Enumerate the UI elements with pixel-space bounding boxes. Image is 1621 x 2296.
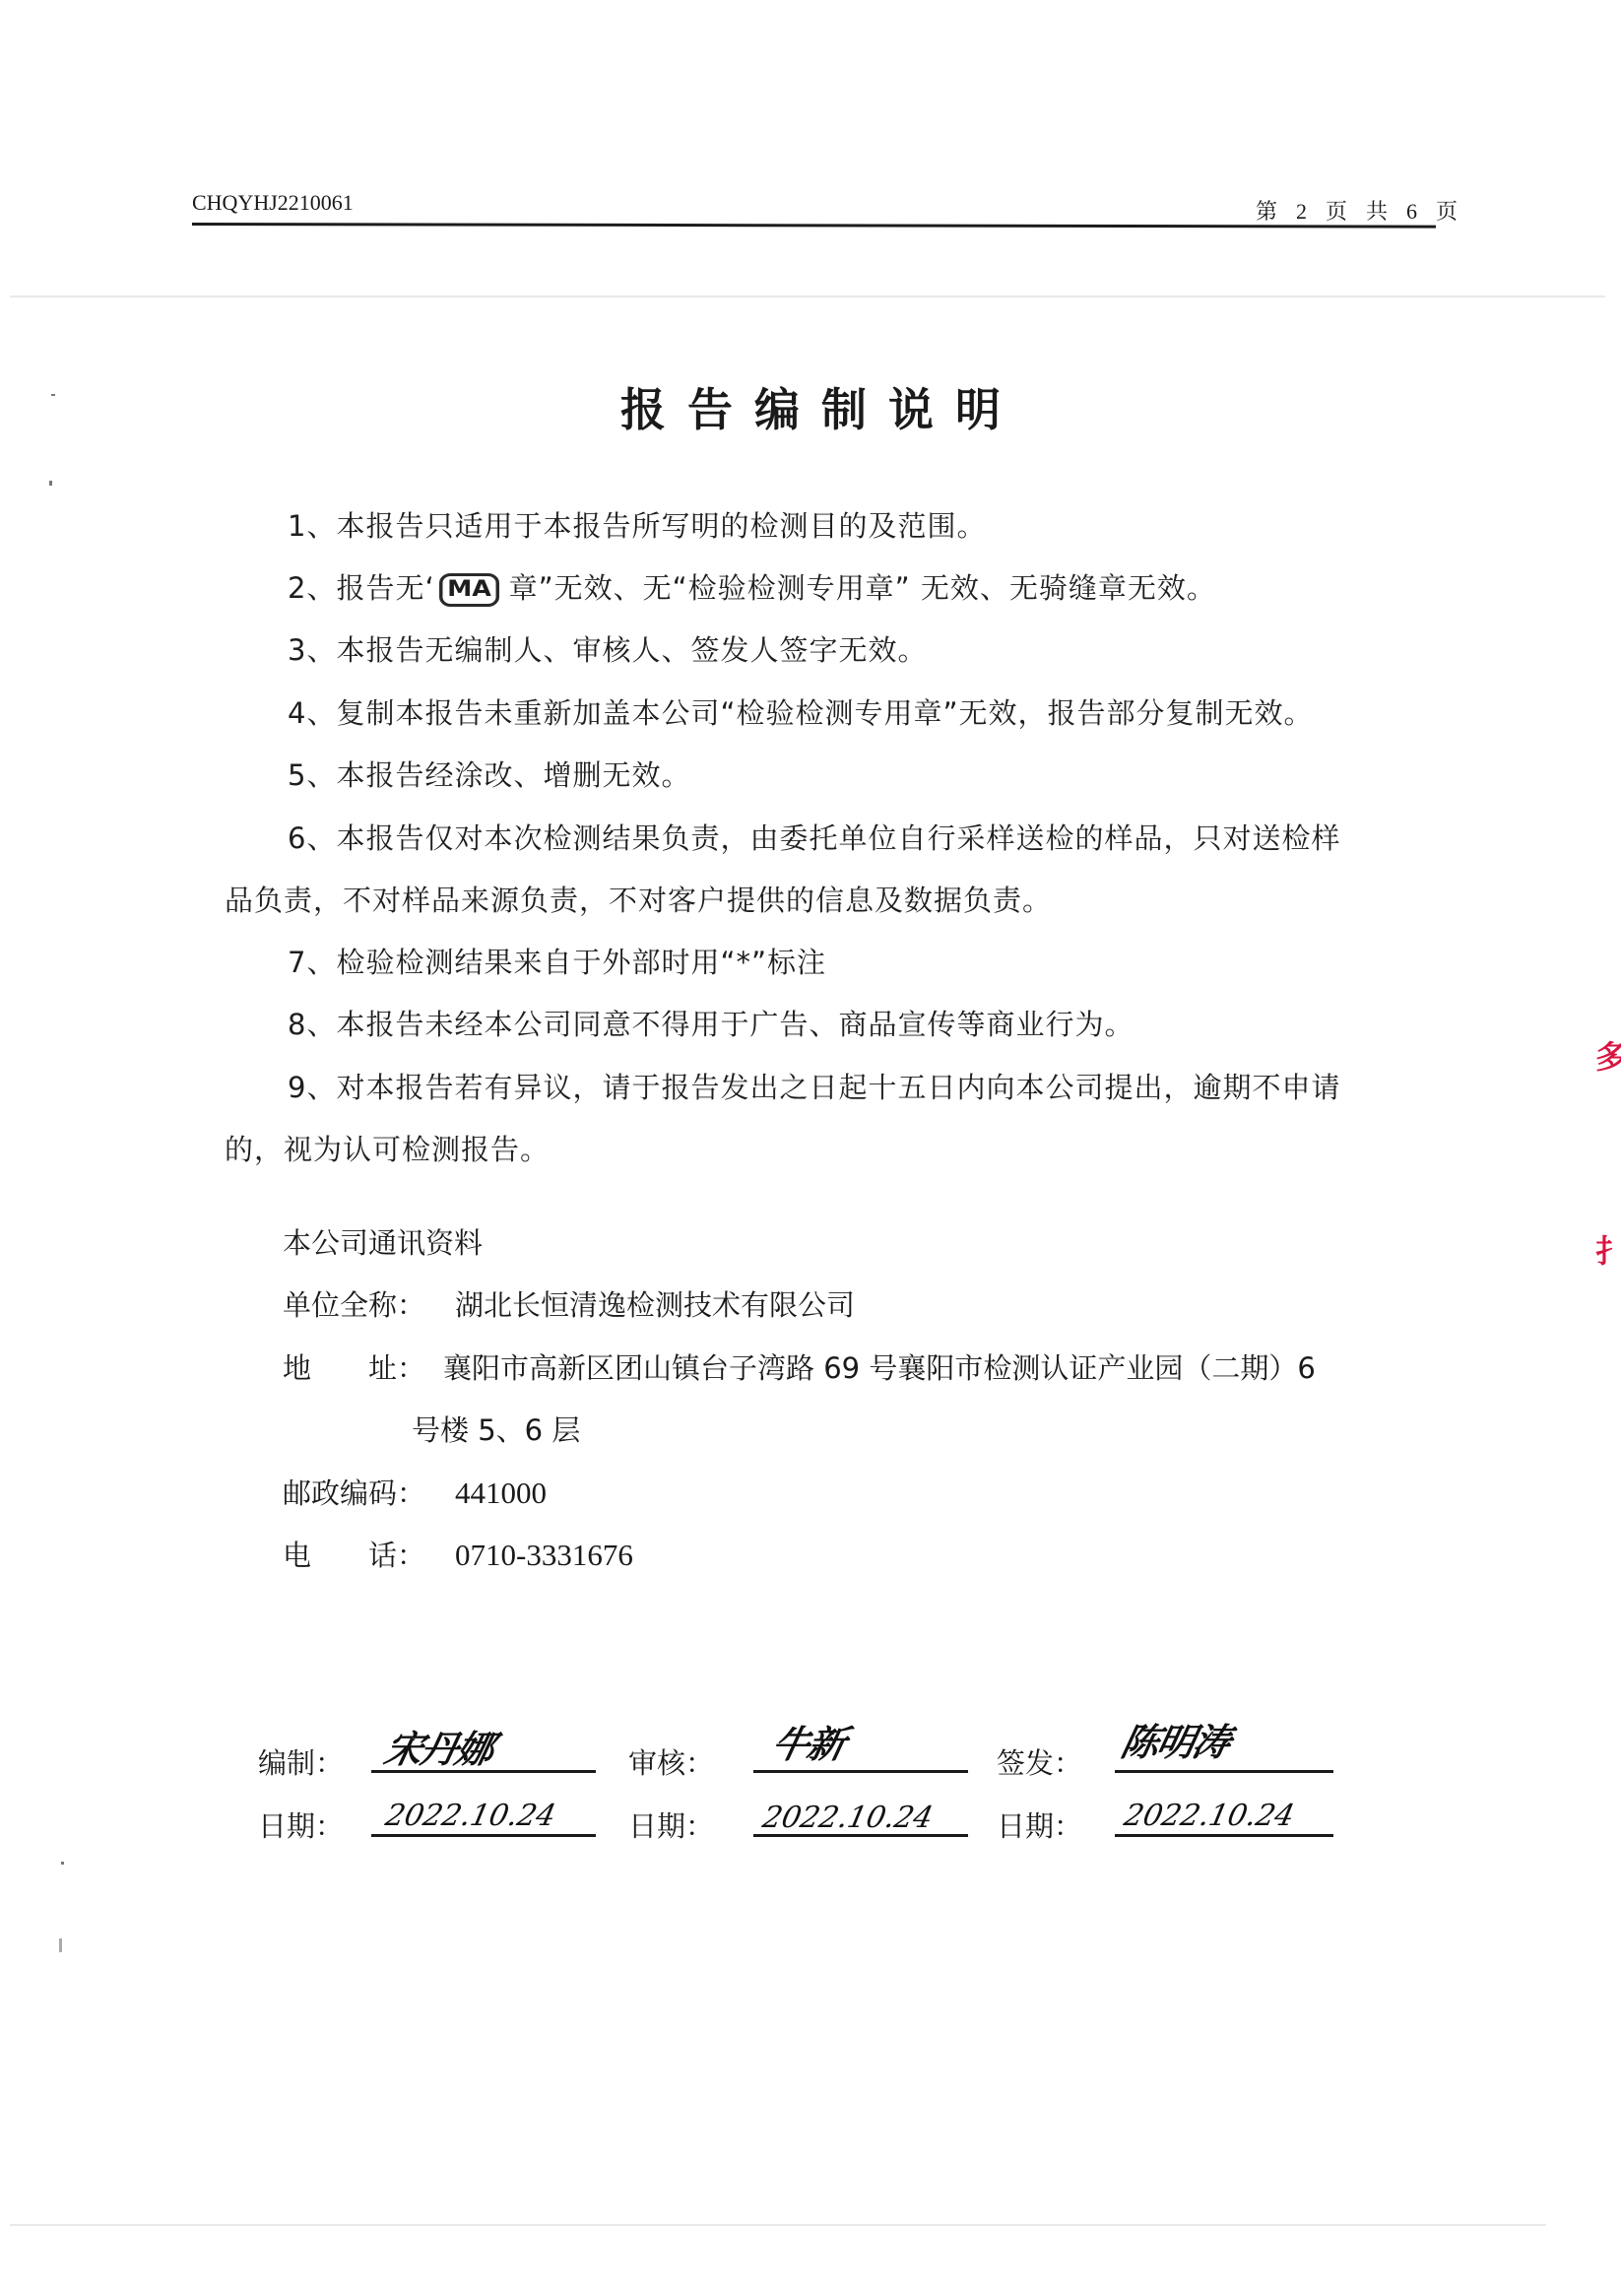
margin-mark: [49, 481, 52, 486]
notice-item-1: 1、本报告只适用于本报告所写明的检测目的及范围。: [288, 504, 986, 545]
phone-label: 电 话：: [283, 1534, 425, 1574]
paging-seal-fragment-lower: 扌: [1595, 1226, 1621, 1272]
compiler-date-label: 日期：: [258, 1804, 344, 1845]
compiler-date-line: [371, 1834, 596, 1837]
notice-item-5: 5、本报告经涂改、增删无效。: [288, 754, 690, 794]
issuer-label: 签发：: [997, 1741, 1082, 1782]
reviewer-label: 审核：: [628, 1741, 714, 1782]
address-label: 地 址：: [283, 1346, 425, 1387]
company-value: 湖北长恒清逸检测技术有限公司: [455, 1288, 855, 1322]
notice-item-2-suffix: 章”无效、无“检验检测专用章” 无效、无骑缝章无效。: [509, 571, 1216, 605]
notice-item-2: 2、报告无‘MA章”无效、无“检验检测专用章” 无效、无骑缝章无效。: [288, 566, 1216, 607]
notice-item-6-line1: 6、本报告仅对本次检测结果负责，由委托单位自行采样送检的样品，只对送检样: [288, 817, 1340, 857]
page-title: 报告编制说明: [0, 374, 1621, 439]
page-mid: 页 共: [1326, 200, 1394, 225]
reviewer-date: 2022.10.24: [759, 1801, 936, 1835]
notice-item-8: 8、本报告未经本公司同意不得用于广告、商品宣传等商业行为。: [288, 1003, 1134, 1043]
scan-artifact-line: [10, 2224, 1546, 2226]
page-suffix: 页: [1436, 200, 1463, 225]
paging-seal-fragment-upper: 多: [1595, 1032, 1621, 1078]
phone-value: 0710-3331676: [455, 1538, 633, 1572]
postcode-value: 441000: [455, 1476, 547, 1510]
issuer-signature-line: [1115, 1770, 1333, 1773]
reviewer-date-label: 日期：: [628, 1804, 714, 1845]
issuer-date-label: 日期：: [997, 1804, 1082, 1845]
issuer-date-line: [1115, 1834, 1333, 1837]
notice-item-3: 3、本报告无编制人、审核人、签发人签字无效。: [288, 628, 927, 669]
address-value-line2: 号楼 5、6 层: [412, 1409, 580, 1449]
contact-postcode: 邮政编码：441000: [283, 1472, 547, 1512]
notice-item-7: 7、检验检测结果来自于外部时用“*”标注: [288, 941, 826, 981]
page-total: 6: [1406, 199, 1423, 224]
issuer-signature: 陈明涛: [1117, 1712, 1235, 1766]
contact-company: 单位全称：湖北长恒清逸检测技术有限公司: [283, 1283, 855, 1324]
margin-mark: [61, 1862, 64, 1865]
page-current: 2: [1296, 199, 1313, 224]
notice-item-9-line1: 9、对本报告若有异议，请于报告发出之日起十五日内向本公司提出，逾期不申请: [288, 1066, 1340, 1106]
postcode-label: 邮政编码：: [283, 1472, 425, 1512]
margin-mark: [59, 1938, 62, 1952]
company-label: 单位全称：: [283, 1283, 425, 1324]
reviewer-signature-line: [753, 1770, 968, 1773]
header-rule: [192, 223, 1436, 229]
page-prefix: 第: [1256, 200, 1283, 225]
scan-artifact-line: [10, 295, 1605, 297]
report-code: CHQYHJ2210061: [192, 190, 354, 216]
contact-phone: 电 话：0710-3331676: [283, 1534, 633, 1574]
notice-item-2-prefix: 2、报告无‘: [288, 571, 435, 605]
reviewer-signature: 牛新: [767, 1714, 850, 1768]
notice-item-4: 4、复制本报告未重新加盖本公司“检验检测专用章”无效，报告部分复制无效。: [288, 691, 1314, 732]
compiler-signature-line: [371, 1770, 596, 1773]
issuer-date: 2022.10.24: [1121, 1799, 1297, 1833]
address-value-line1: 襄阳市高新区团山镇台子湾路 69 号襄阳市检测认证产业园（二期）6: [443, 1351, 1316, 1385]
compiler-label: 编制：: [258, 1741, 344, 1782]
notice-item-6-line2: 品负责，不对样品来源负责，不对客户提供的信息及数据负责。: [225, 879, 1052, 919]
cma-stamp-icon: MA: [439, 573, 499, 607]
reviewer-date-line: [753, 1834, 968, 1837]
compiler-date: 2022.10.24: [382, 1799, 558, 1833]
contact-heading: 本公司通讯资料: [283, 1221, 483, 1262]
compiler-signature: 宋丹娜: [380, 1719, 498, 1773]
notice-item-9-line2: 的，视为认可检测报告。: [225, 1128, 550, 1168]
page-indicator: 第 2 页 共 6 页: [1256, 195, 1463, 226]
contact-address: 地 址：襄阳市高新区团山镇台子湾路 69 号襄阳市检测认证产业园（二期）6: [283, 1346, 1316, 1387]
